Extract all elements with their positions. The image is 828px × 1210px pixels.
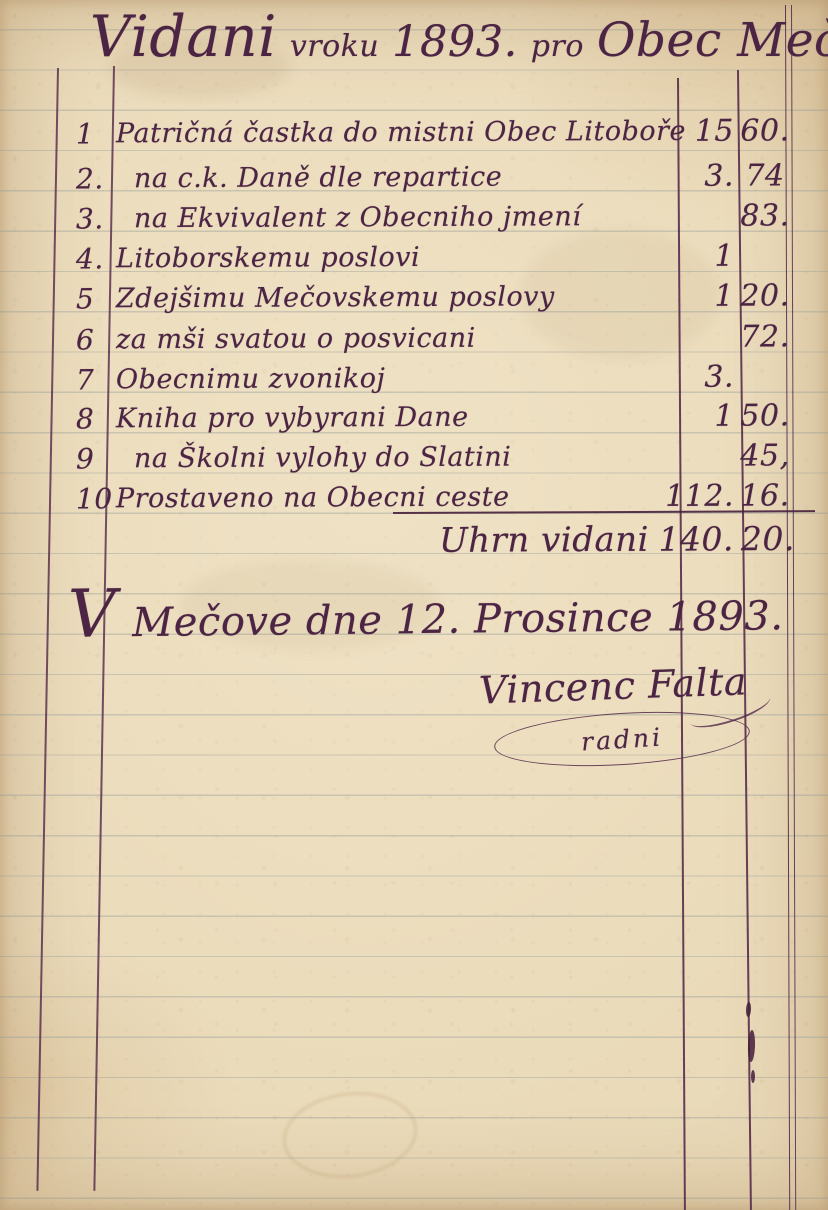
row-description: na Školni vylohy do Slatini bbox=[116, 436, 679, 480]
row-description: Prostaveno na Obecni ceste bbox=[116, 476, 661, 520]
amount-kreuzer: 72. bbox=[739, 316, 791, 358]
title-word: pro bbox=[531, 29, 584, 64]
amount-gulden bbox=[628, 196, 734, 238]
title-word: Vidani bbox=[90, 4, 277, 70]
amount-kreuzer: 60. bbox=[739, 110, 791, 152]
amount-kreuzer bbox=[739, 356, 791, 398]
amount-kreuzer: 45, bbox=[739, 435, 791, 477]
row-number: 5 bbox=[76, 278, 114, 320]
row-number: 7 bbox=[76, 359, 114, 401]
row-description: na c.k. Daně dle repartice bbox=[116, 156, 679, 200]
dateline-initial: V bbox=[68, 575, 117, 653]
amount-kreuzer: 83. bbox=[739, 195, 791, 237]
table-row: 1 Patričná častka do mistni Obec Litoboř… bbox=[0, 110, 828, 156]
row-number: 9 bbox=[76, 438, 114, 480]
ink-blot bbox=[747, 1030, 755, 1062]
ink-blot bbox=[751, 1070, 755, 1083]
row-number: 4. bbox=[76, 238, 114, 280]
row-description: Kniha pro vybyrani Dane bbox=[116, 396, 661, 440]
title-word: 1893. bbox=[392, 17, 518, 67]
row-description: Zdejšimu Mečovskemu poslovy bbox=[116, 276, 661, 320]
table-row: 4. Litoborskemu poslovi 1 bbox=[0, 235, 828, 281]
amount-gulden: 15 bbox=[628, 111, 734, 153]
dateline: V Mečove dne 12. Prosince 1893. bbox=[68, 568, 784, 652]
ledger-page: Vidani vroku 1893. pro Obec Mečov 1 Patr… bbox=[0, 0, 828, 1210]
row-number: 2. bbox=[76, 158, 114, 200]
row-description: na Ekvivalent z Obecniho jmení bbox=[116, 196, 679, 240]
ink-blot bbox=[746, 1002, 752, 1017]
row-description: Litoborskemu poslovi bbox=[116, 236, 661, 280]
table-row: 2. na c.k. Daně dle repartice 3. 74 bbox=[0, 155, 828, 201]
row-number: 6 bbox=[76, 319, 114, 361]
amount-kreuzer bbox=[739, 235, 791, 277]
table-row: 9 na Školni vylohy do Slatini 45, bbox=[0, 435, 828, 481]
table-row: 6 za mši svatou o posvicani 72. bbox=[0, 316, 828, 362]
dateline-text: Mečove dne 12. Prosince 1893. bbox=[132, 593, 784, 646]
stain-ring bbox=[277, 1084, 422, 1186]
amount-kreuzer: 50. bbox=[739, 395, 791, 437]
amount-gulden: 3. bbox=[628, 156, 734, 198]
row-description: za mši svatou o posvicani bbox=[116, 317, 661, 361]
table-row: 5 Zdejšimu Mečovskemu poslovy 1 20. bbox=[0, 275, 828, 321]
title-word: vroku bbox=[290, 29, 379, 64]
table-row: 3. na Ekvivalent z Obecniho jmení 83. bbox=[0, 195, 828, 241]
page-title: Vidani vroku 1893. pro Obec Mečov bbox=[90, 4, 806, 70]
table-row: 8 Kniha pro vybyrani Dane 1 50. bbox=[0, 395, 828, 441]
amount-gulden bbox=[628, 317, 734, 359]
row-number: 10 bbox=[76, 478, 114, 520]
row-description: Patričná častka do mistni Obec Litoboře bbox=[116, 111, 661, 155]
amount-kreuzer: 74 bbox=[739, 155, 791, 197]
signature-role-ellipse: radni bbox=[493, 705, 752, 773]
amount-gulden bbox=[628, 436, 734, 478]
row-number: 1 bbox=[76, 113, 114, 155]
total-row: Uhrn vidani 140. 20. bbox=[0, 516, 828, 566]
signature-role: radni bbox=[580, 722, 664, 756]
amount-gulden: 3. bbox=[628, 357, 734, 399]
amount-gulden: 1 bbox=[628, 276, 734, 318]
amount-gulden: 1 bbox=[628, 236, 734, 278]
total-amount-kreuzer: 20. bbox=[739, 516, 797, 562]
total-label: Uhrn vidani bbox=[430, 517, 658, 564]
amount-kreuzer: 20. bbox=[739, 275, 791, 317]
amount-gulden: 1 bbox=[628, 396, 734, 438]
title-word: Obec Mečov bbox=[597, 13, 828, 68]
row-number: 3. bbox=[76, 198, 114, 240]
row-description: Obecnimu zvonikoj bbox=[116, 357, 661, 401]
total-amount-gulden: 140. bbox=[626, 516, 734, 563]
row-number: 8 bbox=[76, 398, 114, 440]
